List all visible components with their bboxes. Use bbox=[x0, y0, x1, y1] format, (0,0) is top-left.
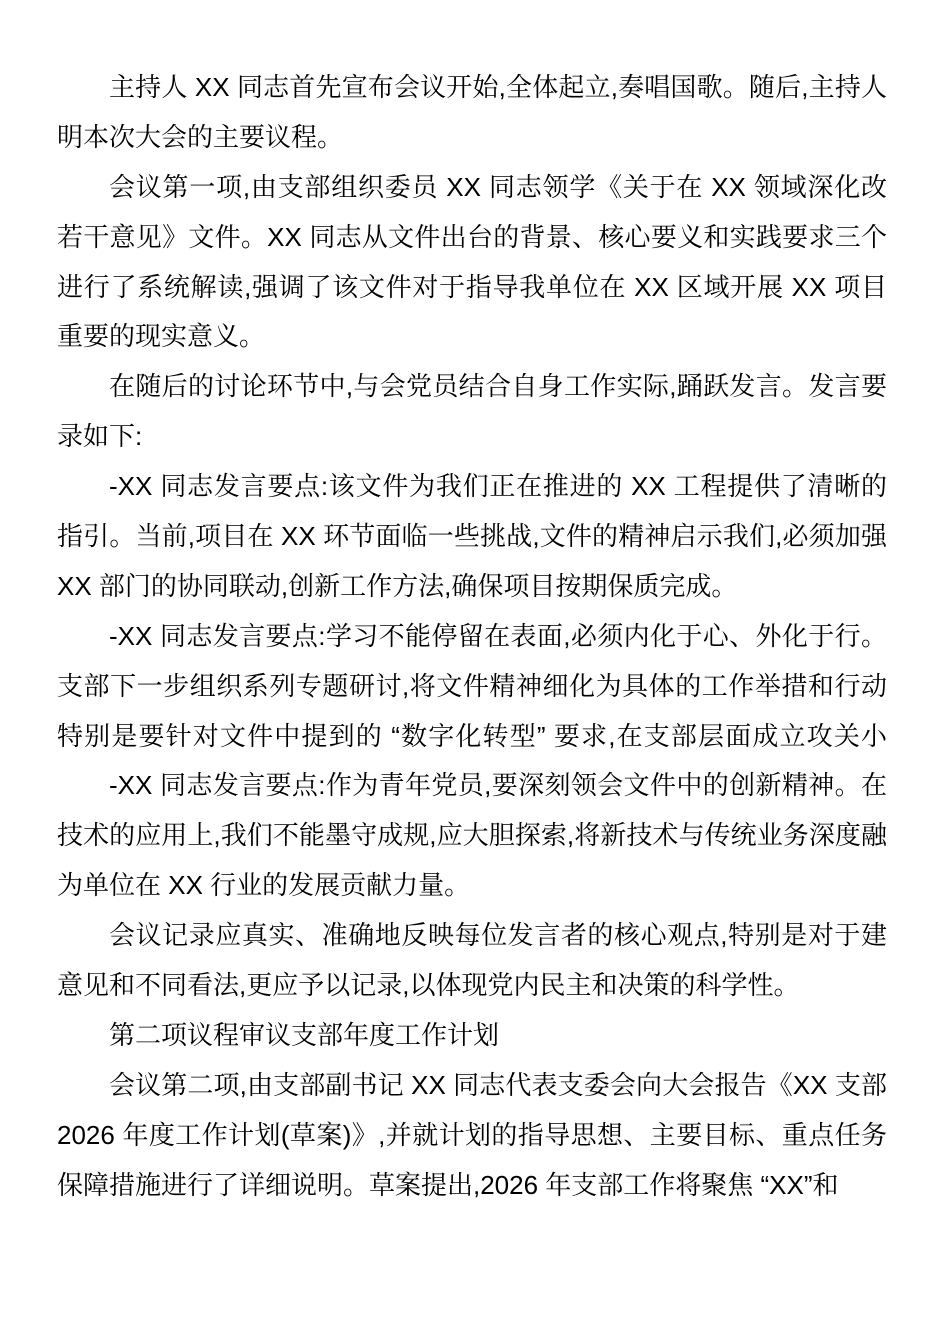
text-line: 意见和不同看法,更应予以记录,以体现党内民主和决策的科学性。 bbox=[57, 961, 887, 1011]
paragraph: 会议第二项,由支部副书记 XX 同志代表支委会向大会报告《XX 支部2026 年… bbox=[57, 1061, 887, 1211]
text-line: 第二项议程审议支部年度工作计划 bbox=[57, 1011, 887, 1061]
text-line: 特别是要针对文件中提到的 “数字化转型” 要求,在支部层面成立攻关小组。 bbox=[57, 712, 887, 762]
paragraph: -XX 同志发言要点:学习不能停留在表面,必须内化于心、外化于行。建议支部下一步… bbox=[57, 612, 887, 762]
document-page: 主持人 XX 同志首先宣布会议开始,全体起立,奏唱国歌。随后,主持人说明本次大会… bbox=[0, 0, 950, 1344]
text-line: 保障措施进行了详细说明。草案提出,2026 年支部工作将聚焦 “XX”和 bbox=[57, 1161, 887, 1211]
document-body: 主持人 XX 同志首先宣布会议开始,全体起立,奏唱国歌。随后,主持人说明本次大会… bbox=[57, 63, 887, 1210]
text-line: 进行了系统解读,强调了该文件对于指导我单位在 XX 区域开展 XX 项目具有 bbox=[57, 263, 887, 313]
text-line: 会议记录应真实、准确地反映每位发言者的核心观点,特别是对于建设性 bbox=[57, 911, 887, 961]
paragraph: 会议记录应真实、准确地反映每位发言者的核心观点,特别是对于建设性意见和不同看法,… bbox=[57, 911, 887, 1011]
paragraph: -XX 同志发言要点:该文件为我们正在推进的 XX 工程提供了清晰的政策指引。当… bbox=[57, 462, 887, 612]
text-line: 会议第二项,由支部副书记 XX 同志代表支委会向大会报告《XX 支部 bbox=[57, 1061, 887, 1111]
text-line: 技术的应用上,我们不能墨守成规,应大胆探索,将新技术与传统业务深度融合, bbox=[57, 811, 887, 861]
text-line: 2026 年度工作计划(草案)》,并就计划的指导思想、主要目标、重点任务和 bbox=[57, 1111, 887, 1161]
text-line: 支部下一步组织系列专题研讨,将文件精神细化为具体的工作举措和行动方案, bbox=[57, 662, 887, 712]
text-line: -XX 同志发言要点:该文件为我们正在推进的 XX 工程提供了清晰的政策 bbox=[57, 462, 887, 512]
paragraph: 在随后的讨论环节中,与会党员结合自身工作实际,踊跃发言。发言要点摘录如下: bbox=[57, 362, 887, 462]
text-line: -XX 同志发言要点:作为青年党员,要深刻领会文件中的创新精神。在 XX bbox=[57, 761, 887, 811]
text-line: 主持人 XX 同志首先宣布会议开始,全体起立,奏唱国歌。随后,主持人说 bbox=[57, 63, 887, 113]
text-line: 在随后的讨论环节中,与会党员结合自身工作实际,踊跃发言。发言要点摘 bbox=[57, 362, 887, 412]
text-line: 为单位在 XX 行业的发展贡献力量。 bbox=[57, 861, 887, 911]
text-line: 明本次大会的主要议程。 bbox=[57, 113, 887, 163]
text-line: 指引。当前,项目在 XX 环节面临一些挑战,文件的精神启示我们,必须加强与 bbox=[57, 512, 887, 562]
text-line: 重要的现实意义。 bbox=[57, 312, 887, 362]
paragraph: 主持人 XX 同志首先宣布会议开始,全体起立,奏唱国歌。随后,主持人说明本次大会… bbox=[57, 63, 887, 163]
text-line: 会议第一项,由支部组织委员 XX 同志领学《关于在 XX 领域深化改革的 bbox=[57, 163, 887, 213]
paragraph: 第二项议程审议支部年度工作计划 bbox=[57, 1011, 887, 1061]
text-line: -XX 同志发言要点:学习不能停留在表面,必须内化于心、外化于行。建议 bbox=[57, 612, 887, 662]
paragraph: -XX 同志发言要点:作为青年党员,要深刻领会文件中的创新精神。在 XX技术的应… bbox=[57, 761, 887, 911]
text-line: 若干意见》文件。XX 同志从文件出台的背景、核心要义和实践要求三个方面 bbox=[57, 213, 887, 263]
text-line: 录如下: bbox=[57, 412, 887, 462]
paragraph: 会议第一项,由支部组织委员 XX 同志领学《关于在 XX 领域深化改革的若干意见… bbox=[57, 163, 887, 363]
text-line: XX 部门的协同联动,创新工作方法,确保项目按期保质完成。 bbox=[57, 562, 887, 612]
